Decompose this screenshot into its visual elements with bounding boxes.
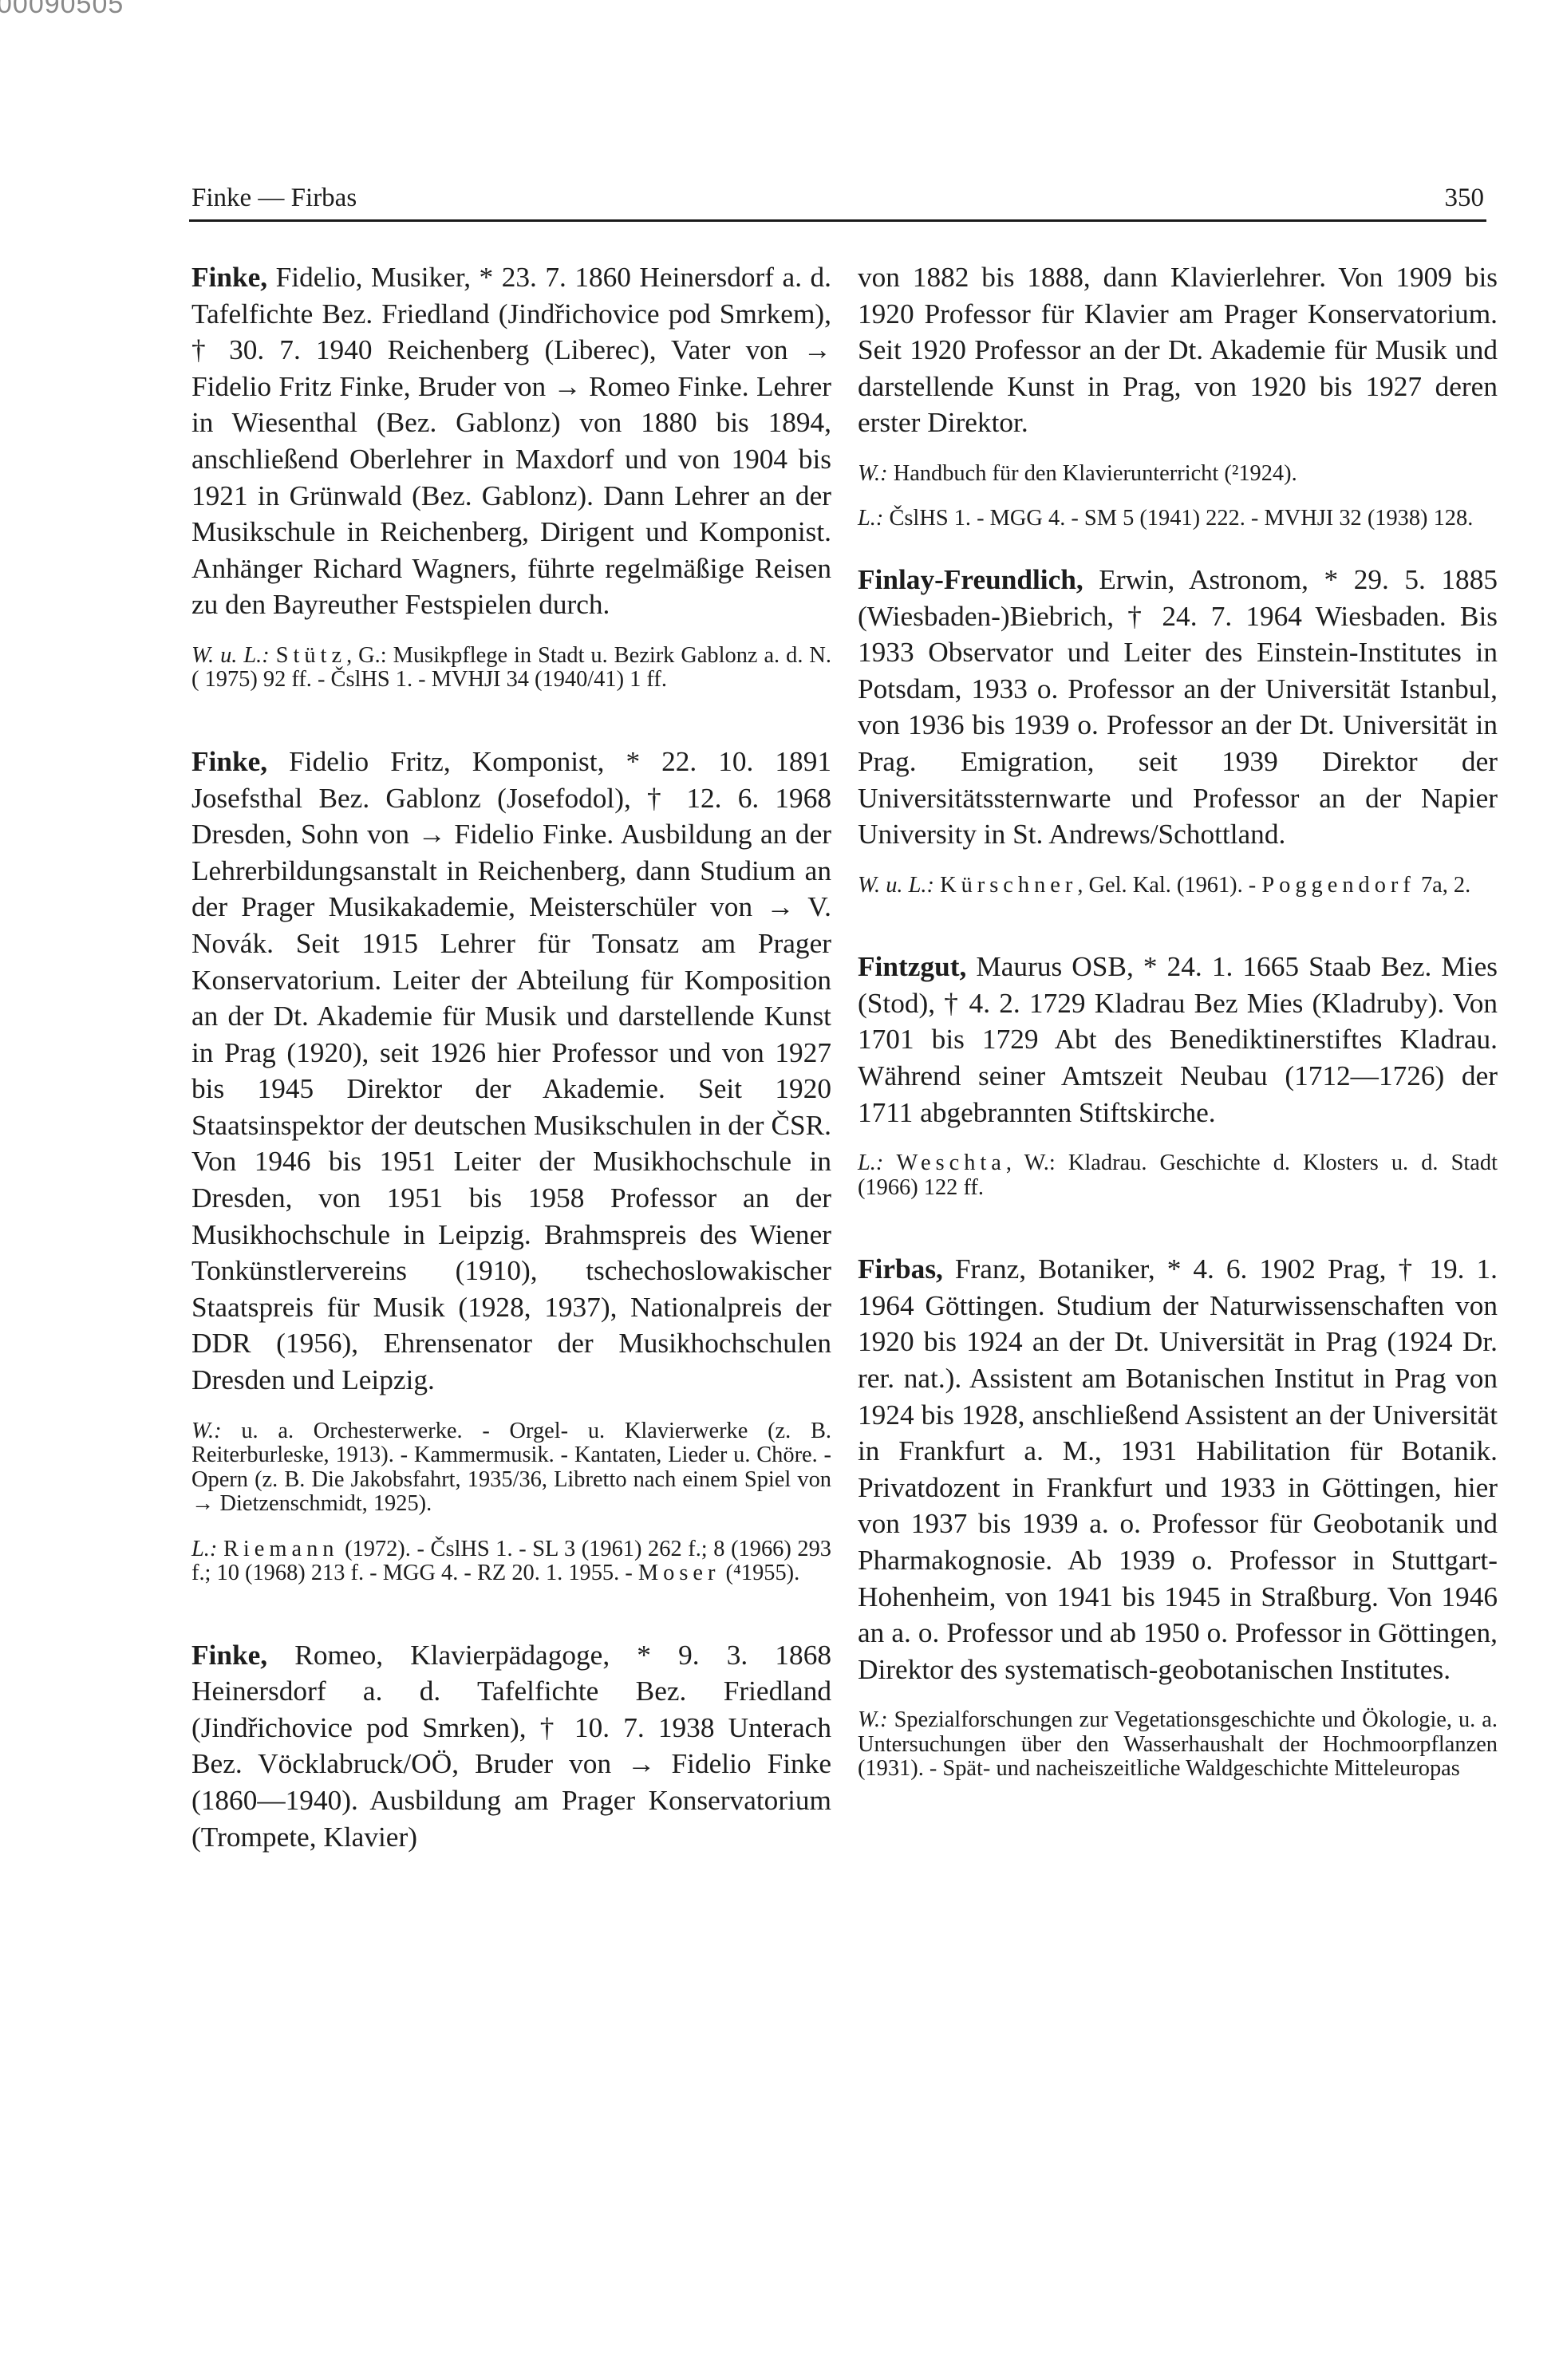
entry-text: Fidelio, Musiker, * 23. 7. 1860 Heinersd…	[191, 262, 831, 620]
scan-id: 00090505	[0, 0, 124, 20]
ref-author: Moser	[638, 1561, 720, 1585]
header-rule	[189, 219, 1486, 222]
entry-lemma: Finke,	[191, 1640, 267, 1671]
ref-text: ČslHS 1. - MGG 4. - SM 5 (1941) 222. - M…	[883, 506, 1473, 531]
ref-text: Handbuch für den Klavierunterricht (²192…	[888, 461, 1297, 486]
entry-body: Finke, Romeo, Klavierpädagoge, * 9. 3. 1…	[191, 1637, 831, 1856]
entry-text: Romeo, Klavierpädagoge, * 9. 3. 1868 Hei…	[191, 1640, 831, 1853]
ref-label: W. u. L.:	[191, 643, 270, 668]
page-number: 350	[1445, 184, 1485, 213]
running-head-title: Finke — Firbas	[191, 184, 357, 213]
ref-label: L.:	[858, 506, 883, 531]
ref-label: W.:	[858, 461, 888, 486]
entry-text-continued: von 1882 bis 1888, dann Klavierlehrer. V…	[858, 259, 1498, 441]
entry-finke-romeo-continued: von 1882 bis 1888, dann Klavierlehrer. V…	[858, 259, 1498, 531]
ref-author: Riemann	[223, 1537, 339, 1561]
column-left: Finke, Fidelio, Musiker, * 23. 7. 1860 H…	[191, 259, 831, 1855]
ref-label: W. u. L.:	[858, 873, 934, 898]
entry-literature: L.: Weschta, W.: Kladrau. Geschichte d. …	[858, 1151, 1498, 1200]
ref-text: , Gel. Kal. (1961). -	[1077, 873, 1261, 898]
entry-finlay-freundlich: Finlay-Freundlich, Erwin, Astronom, * 29…	[858, 562, 1498, 898]
entry-finke-fidelio: Finke, Fidelio, Musiker, * 23. 7. 1860 H…	[191, 259, 831, 693]
entry-lemma: Finlay-Freundlich,	[858, 564, 1083, 595]
ref-text: 7a, 2.	[1415, 873, 1470, 898]
ref-text: Spezialforschungen zur Vegetationsgeschi…	[858, 1707, 1498, 1781]
ref-label: W.:	[858, 1707, 888, 1732]
column-right: von 1882 bis 1888, dann Klavierlehrer. V…	[858, 259, 1498, 1782]
entry-fintzgut: Fintzgut, Maurus OSB, * 24. 1. 1665 Staa…	[858, 949, 1498, 1200]
entry-firbas: Firbas, Franz, Botaniker, * 4. 6. 1902 P…	[858, 1251, 1498, 1782]
entry-literature: L.: ČslHS 1. - MGG 4. - SM 5 (1941) 222.…	[858, 507, 1498, 531]
ref-author: Stütz	[276, 643, 346, 668]
ref-label: L.:	[858, 1151, 883, 1175]
entry-finke-romeo: Finke, Romeo, Klavierpädagoge, * 9. 3. 1…	[191, 1637, 831, 1856]
entry-text: Franz, Botaniker, * 4. 6. 1902 Prag, † 1…	[858, 1253, 1498, 1685]
entry-lemma: Finke,	[191, 262, 267, 293]
entry-body: Finke, Fidelio Fritz, Komponist, * 22. 1…	[191, 744, 831, 1399]
entry-lemma: Firbas,	[858, 1253, 943, 1285]
ref-label: W.:	[191, 1419, 222, 1443]
entry-body: Finlay-Freundlich, Erwin, Astronom, * 29…	[858, 562, 1498, 853]
entry-text: Fidelio Fritz, Komponist, * 22. 10. 1891…	[191, 746, 831, 1395]
ref-author: Weschta	[896, 1151, 1005, 1175]
ref-text: (⁴1955).	[720, 1561, 799, 1585]
entry-works: W.: Spezialforschungen zur Vegetationsge…	[858, 1708, 1498, 1782]
entry-finke-fidelio-fritz: Finke, Fidelio Fritz, Komponist, * 22. 1…	[191, 744, 831, 1586]
entry-text: Erwin, Astronom, * 29. 5. 1885 (Wiesbade…	[858, 564, 1498, 850]
entry-body: Finke, Fidelio, Musiker, * 23. 7. 1860 H…	[191, 259, 831, 623]
entry-works: W.: Handbuch für den Klavierunterricht (…	[858, 462, 1498, 487]
ref-author: Kürschner	[940, 873, 1077, 898]
ref-author: Poggendorf	[1261, 873, 1415, 898]
entry-works: W.: u. a. Orchesterwerke. - Orgel- u. Kl…	[191, 1419, 831, 1517]
entry-lemma: Finke,	[191, 746, 267, 777]
entry-references: W. u. L.: Stütz, G.: Musikpflege in Stad…	[191, 644, 831, 693]
entry-body: Firbas, Franz, Botaniker, * 4. 6. 1902 P…	[858, 1251, 1498, 1687]
entry-body: Fintzgut, Maurus OSB, * 24. 1. 1665 Staa…	[858, 949, 1498, 1131]
ref-text: u. a. Orchesterwerke. - Orgel- u. Klavie…	[191, 1419, 831, 1517]
entry-literature: L.: Riemann (1972). - ČslHS 1. - SL 3 (1…	[191, 1537, 831, 1586]
entry-references: W. u. L.: Kürschner, Gel. Kal. (1961). -…	[858, 874, 1498, 898]
ref-label: L.:	[191, 1537, 217, 1561]
entry-lemma: Fintzgut,	[858, 951, 966, 982]
running-head: Finke — Firbas 350	[191, 177, 1484, 217]
